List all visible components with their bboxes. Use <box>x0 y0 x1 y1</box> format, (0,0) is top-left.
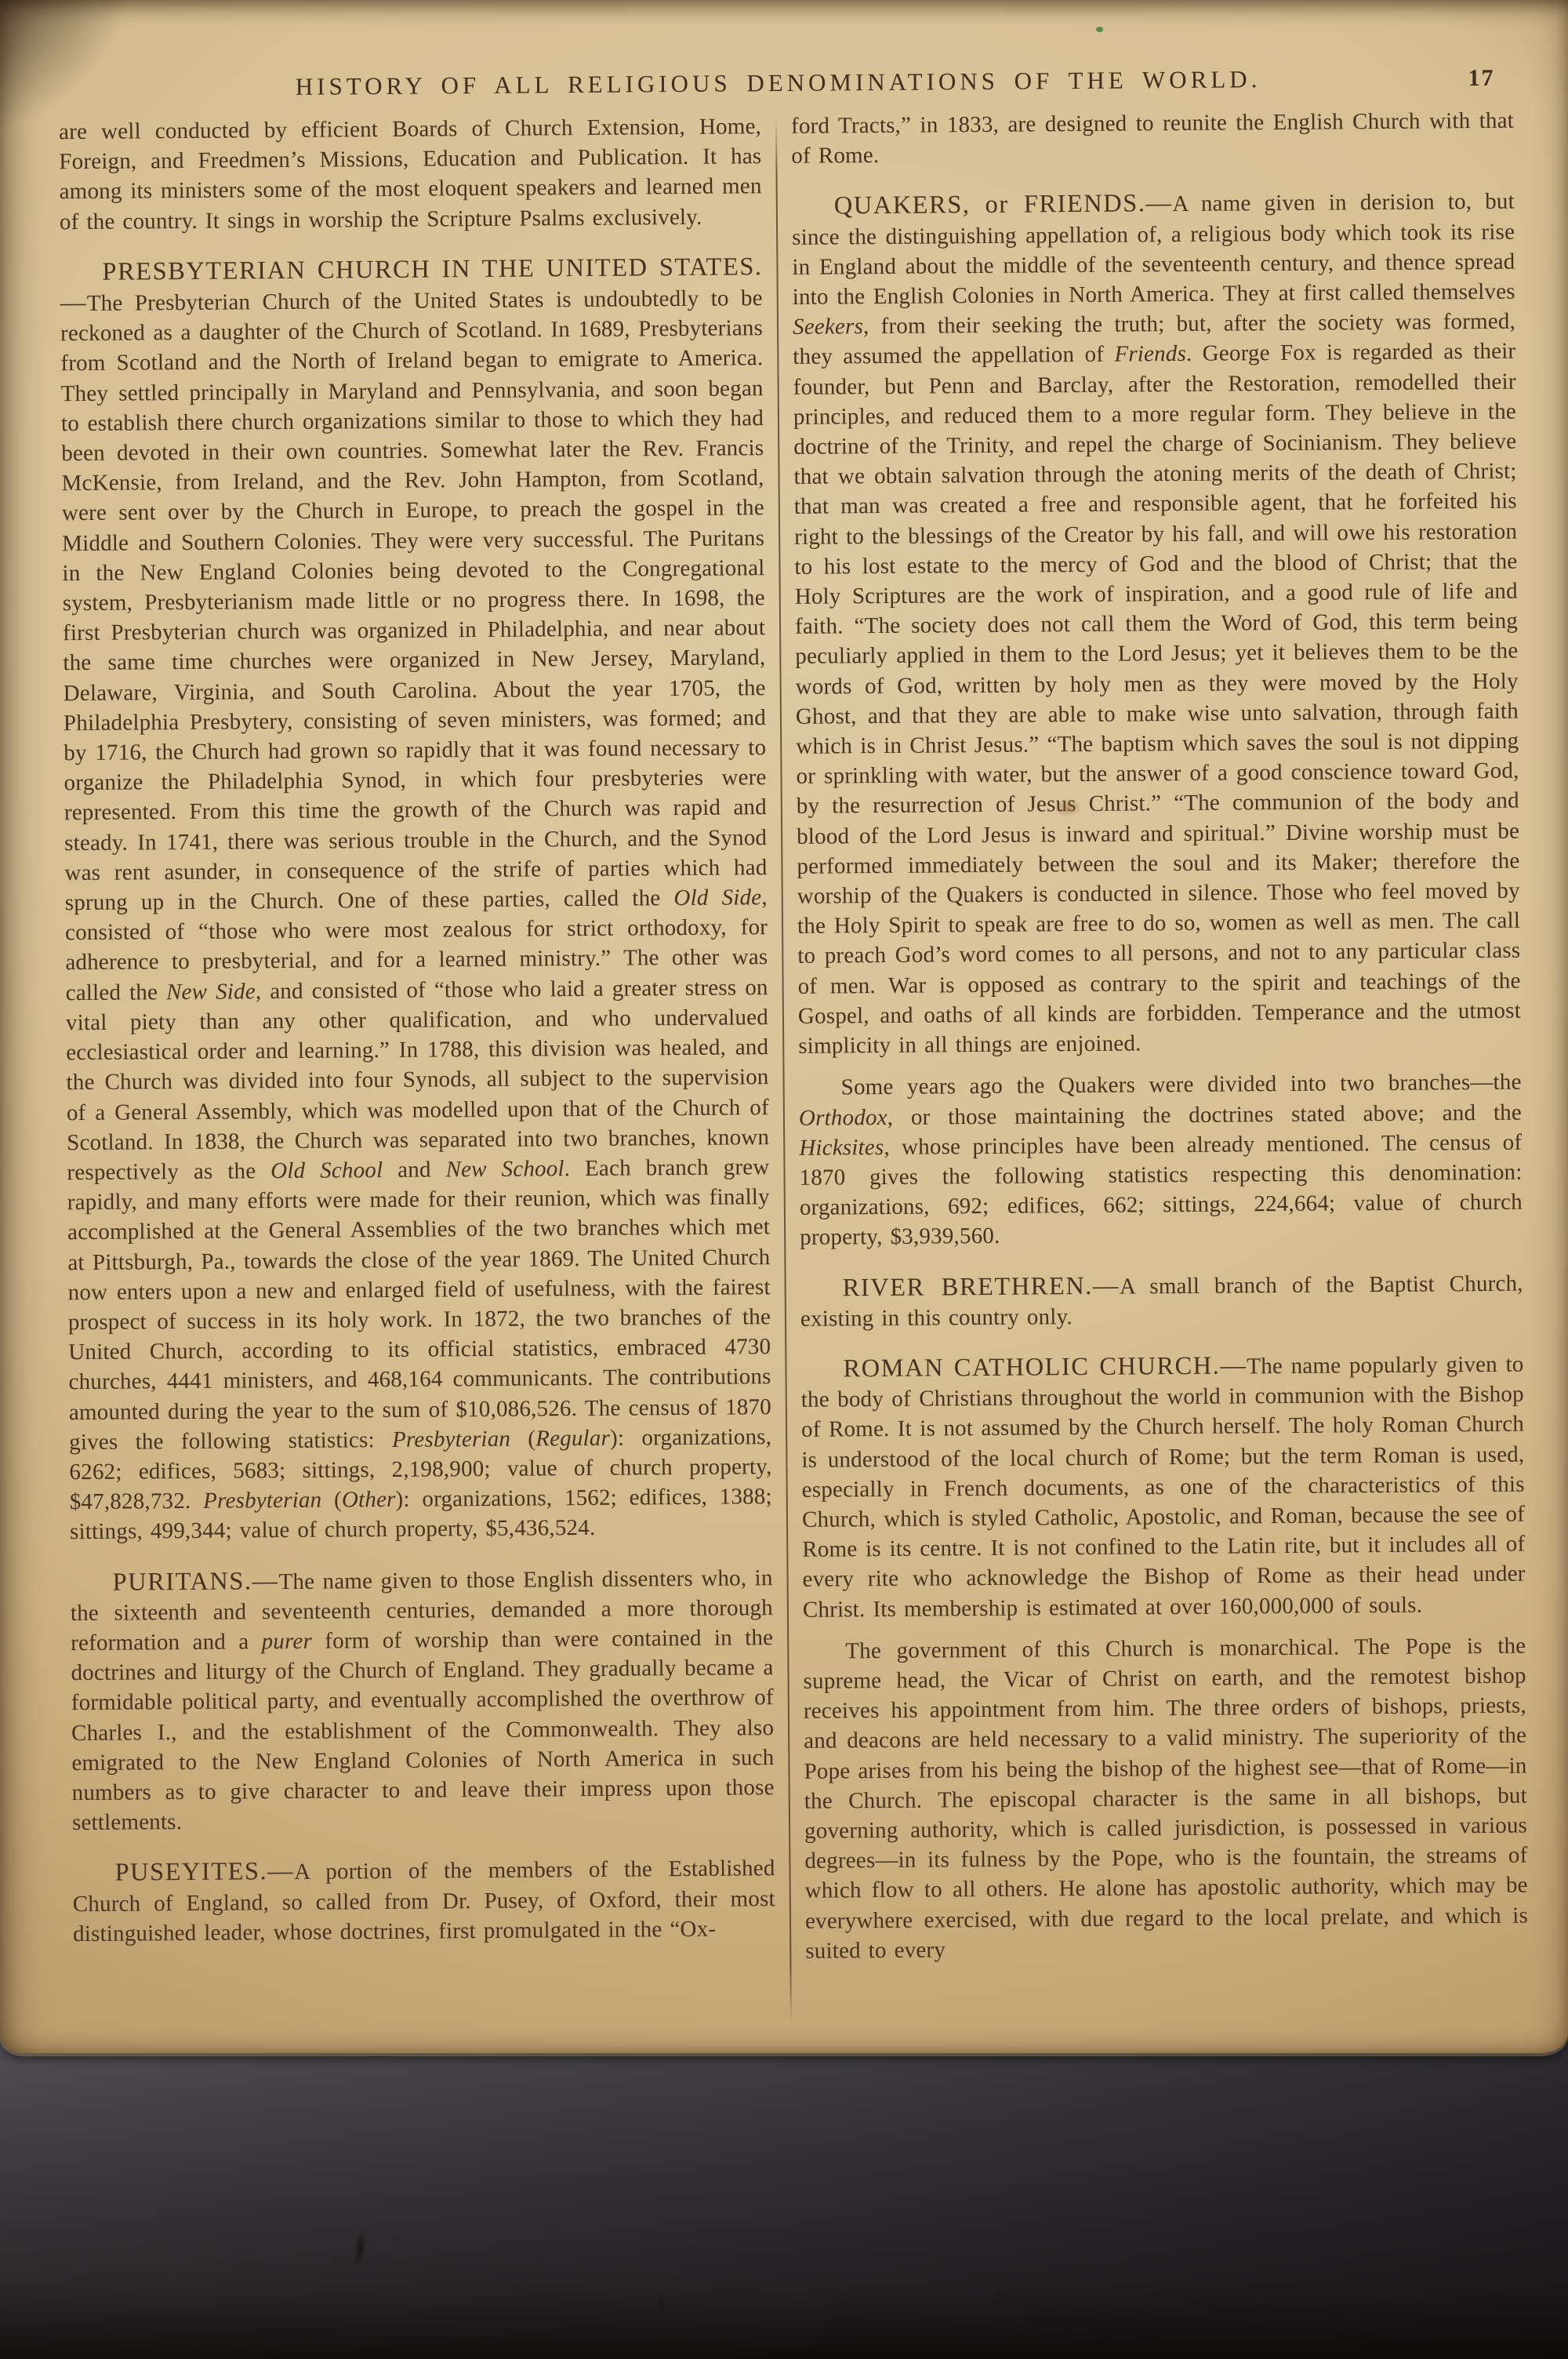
paper-stain <box>1054 798 1082 817</box>
section-heading: QUAKERS, or FRIENDS.— <box>834 189 1173 220</box>
paragraph-continuation: ford Tracts,” in 1833, are designed to r… <box>791 106 1515 172</box>
section-heading: PURITANS.— <box>112 1567 278 1597</box>
right-column: ford Tracts,” in 1833, are designed to r… <box>791 106 1529 1978</box>
page-number: 17 <box>1468 65 1494 92</box>
paragraph: PUSEYITES.—A portion of the members of t… <box>72 1853 775 1950</box>
green-speck <box>1096 27 1103 32</box>
column-divider-rule <box>775 118 792 2022</box>
book-page: HISTORY OF ALL RELIGIOUS DENOMINATIONS O… <box>0 0 1568 2053</box>
section-heading: PRESBYTERIAN CHURCH IN THE UNITED STATES… <box>60 253 763 317</box>
paragraph: RIVER BRETHREN.—A small branch of the Ba… <box>800 1267 1524 1334</box>
book-scan-photo: HISTORY OF ALL RELIGIOUS DENOMINATIONS O… <box>0 0 1568 2359</box>
left-column: are well conducted by efficient Boards o… <box>59 111 775 1961</box>
running-head: HISTORY OF ALL RELIGIOUS DENOMINATIONS O… <box>0 63 1563 104</box>
paragraph: ROMAN CATHOLIC CHURCH.—The name popularl… <box>800 1349 1526 1625</box>
paragraph: The government of this Church is monarch… <box>803 1630 1528 1965</box>
paragraph: PURITANS.—The name given to those Englis… <box>70 1562 775 1838</box>
section-heading: ROMAN CATHOLIC CHURCH.— <box>843 1351 1247 1383</box>
section-heading: PUSEYITES.— <box>114 1857 294 1887</box>
section-heading: RIVER BRETHREN.— <box>843 1271 1120 1302</box>
paragraph: PRESBYTERIAN CHURCH IN THE UNITED STATES… <box>60 252 772 1547</box>
paragraph-continuation: are well conducted by efficient Boards o… <box>59 111 762 237</box>
printed-content: HISTORY OF ALL RELIGIOUS DENOMINATIONS O… <box>0 0 1568 2059</box>
paragraph: QUAKERS, or FRIENDS.—A name given in der… <box>792 186 1522 1061</box>
paragraph: Some years ago the Quakers were divided … <box>799 1067 1523 1252</box>
